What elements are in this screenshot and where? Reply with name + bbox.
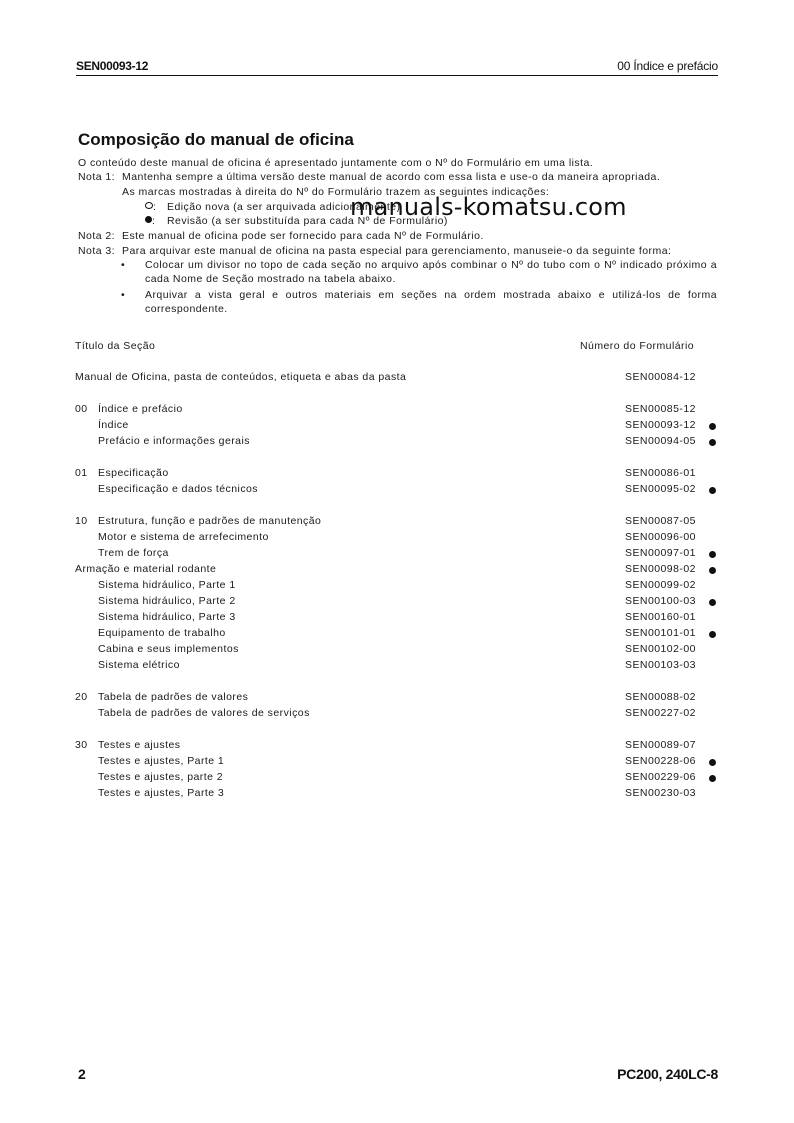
mark-rev-row: :	[145, 214, 155, 228]
table-row: Prefácio e informações geraisSEN00094-05	[75, 435, 725, 451]
section-title: Tabela de padrões de valores	[98, 691, 248, 703]
mark-new-row: :	[145, 200, 156, 214]
form-number: SEN00227-02	[625, 707, 696, 719]
note2-text: Este manual de oficina pode ser fornecid…	[122, 229, 484, 243]
note3-bullet2: Arquivar a vista geral e outros materiai…	[145, 288, 717, 316]
form-number: SEN00089-07	[625, 739, 696, 751]
form-number: SEN00098-02	[625, 563, 696, 575]
revision-mark-icon	[709, 551, 716, 558]
section-title: Estrutura, função e padrões de manutençã…	[98, 515, 321, 527]
watermark: manuals-komatsu.com	[350, 193, 627, 221]
section-title: Armação e material rodante	[75, 563, 216, 575]
form-number: SEN00102-00	[625, 643, 696, 655]
table-header-title: Título da Seção	[75, 339, 155, 353]
section-title: Índice	[98, 419, 129, 431]
section-number: 01	[75, 467, 88, 479]
form-number: SEN00229-06	[625, 771, 696, 783]
filled-circle-icon	[145, 216, 152, 223]
section-title: Prefácio e informações gerais	[98, 435, 250, 447]
table-row: 20Tabela de padrões de valoresSEN00088-0…	[75, 691, 725, 707]
section-title: Cabina e seus implementos	[98, 643, 239, 655]
table-row: Cabina e seus implementosSEN00102-00	[75, 643, 725, 659]
section-title: Sistema hidráulico, Parte 3	[98, 611, 236, 623]
table-row: Testes e ajustes, parte 2SEN00229-06	[75, 771, 725, 787]
form-number: SEN00228-06	[625, 755, 696, 767]
note1-label: Nota 1:	[78, 170, 115, 184]
table-row: 00Índice e prefácioSEN00085-12	[75, 403, 725, 419]
section-title: Testes e ajustes, parte 2	[98, 771, 223, 783]
form-number: SEN00085-12	[625, 403, 696, 415]
table-row: 01EspecificaçãoSEN00086-01	[75, 467, 725, 483]
form-number: SEN00099-02	[625, 579, 696, 591]
table-row: Sistema hidráulico, Parte 1SEN00099-02	[75, 579, 725, 595]
section-number: 20	[75, 691, 88, 703]
revision-mark-icon	[709, 423, 716, 430]
form-number: SEN00103-03	[625, 659, 696, 671]
revision-mark-icon	[709, 759, 716, 766]
note3-text: Para arquivar este manual de oficina na …	[122, 244, 671, 258]
table-row: Sistema hidráulico, Parte 3SEN00160-01	[75, 611, 725, 627]
note3-bullet1: Colocar um divisor no topo de cada seção…	[145, 258, 717, 286]
form-number: SEN00094-05	[625, 435, 696, 447]
revision-mark-icon	[709, 599, 716, 606]
note3-label: Nota 3:	[78, 244, 115, 258]
revision-mark-icon	[709, 439, 716, 446]
form-number: SEN00088-02	[625, 691, 696, 703]
table-row: 30Testes e ajustesSEN00089-07	[75, 739, 725, 755]
section-number: 00	[75, 403, 88, 415]
section-title: Sistema hidráulico, Parte 1	[98, 579, 236, 591]
form-number: SEN00230-03	[625, 787, 696, 799]
note2-label: Nota 2:	[78, 229, 115, 243]
table-row: Equipamento de trabalhoSEN00101-01	[75, 627, 725, 643]
revision-mark-icon	[709, 487, 716, 494]
form-number: SEN00097-01	[625, 547, 696, 559]
table-row: Tabela de padrões de valores de serviços…	[75, 707, 725, 723]
section-name: 00 Índice e prefácio	[617, 59, 718, 73]
note1-text: Mantenha sempre a última versão deste ma…	[122, 170, 660, 184]
open-circle-icon	[145, 202, 153, 209]
table-row: Motor e sistema de arrefecimentoSEN00096…	[75, 531, 725, 547]
table-row: Trem de forçaSEN00097-01	[75, 547, 725, 563]
revision-mark-icon	[709, 631, 716, 638]
form-number: SEN00086-01	[625, 467, 696, 479]
table-row: ÍndiceSEN00093-12	[75, 419, 725, 435]
bullet-icon: •	[121, 288, 125, 302]
section-title: Especificação e dados técnicos	[98, 483, 258, 495]
section-title: Sistema elétrico	[98, 659, 180, 671]
page-number: 2	[78, 1066, 86, 1082]
table-row: 10Estrutura, função e padrões de manuten…	[75, 515, 725, 531]
table-row: Sistema elétricoSEN00103-03	[75, 659, 725, 675]
table-row: Sistema hidráulico, Parte 2SEN00100-03	[75, 595, 725, 611]
form-number: SEN00084-12	[625, 371, 696, 383]
section-title: Testes e ajustes, Parte 1	[98, 755, 224, 767]
form-number: SEN00087-05	[625, 515, 696, 527]
doc-code: SEN00093-12	[76, 59, 148, 73]
intro-text: O conteúdo deste manual de oficina é apr…	[78, 156, 593, 170]
section-title: Manual de Oficina, pasta de conteúdos, e…	[75, 371, 406, 383]
section-title: Testes e ajustes, Parte 3	[98, 787, 224, 799]
section-title: Equipamento de trabalho	[98, 627, 226, 639]
table-row: Especificação e dados técnicosSEN00095-0…	[75, 483, 725, 499]
table-row: Testes e ajustes, Parte 1SEN00228-06	[75, 755, 725, 771]
revision-mark-icon	[709, 567, 716, 574]
section-title: Índice e prefácio	[98, 403, 183, 415]
section-title: Sistema hidráulico, Parte 2	[98, 595, 236, 607]
form-number: SEN00093-12	[625, 419, 696, 431]
section-title: Tabela de padrões de valores de serviços	[98, 707, 310, 719]
page-header: SEN00093-12 00 Índice e prefácio	[76, 59, 718, 76]
section-title: Trem de força	[98, 547, 169, 559]
form-number: SEN00095-02	[625, 483, 696, 495]
model-name: PC200, 240LC-8	[617, 1066, 718, 1082]
revision-mark-icon	[709, 775, 716, 782]
table-row: Manual de Oficina, pasta de conteúdos, e…	[75, 371, 725, 387]
table-header-code: Número do Formulário	[580, 339, 694, 353]
table-row: Armação e material rodanteSEN00098-02	[75, 563, 725, 579]
form-number: SEN00096-00	[625, 531, 696, 543]
section-number: 10	[75, 515, 88, 527]
section-title: Especificação	[98, 467, 169, 479]
section-title: Motor e sistema de arrefecimento	[98, 531, 269, 543]
section-title: Testes e ajustes	[98, 739, 181, 751]
section-number: 30	[75, 739, 88, 751]
form-number: SEN00101-01	[625, 627, 696, 639]
form-number: SEN00160-01	[625, 611, 696, 623]
table-row: Testes e ajustes, Parte 3SEN00230-03	[75, 787, 725, 803]
bullet-icon: •	[121, 258, 125, 272]
page-title: Composição do manual de oficina	[78, 130, 354, 150]
form-number: SEN00100-03	[625, 595, 696, 607]
